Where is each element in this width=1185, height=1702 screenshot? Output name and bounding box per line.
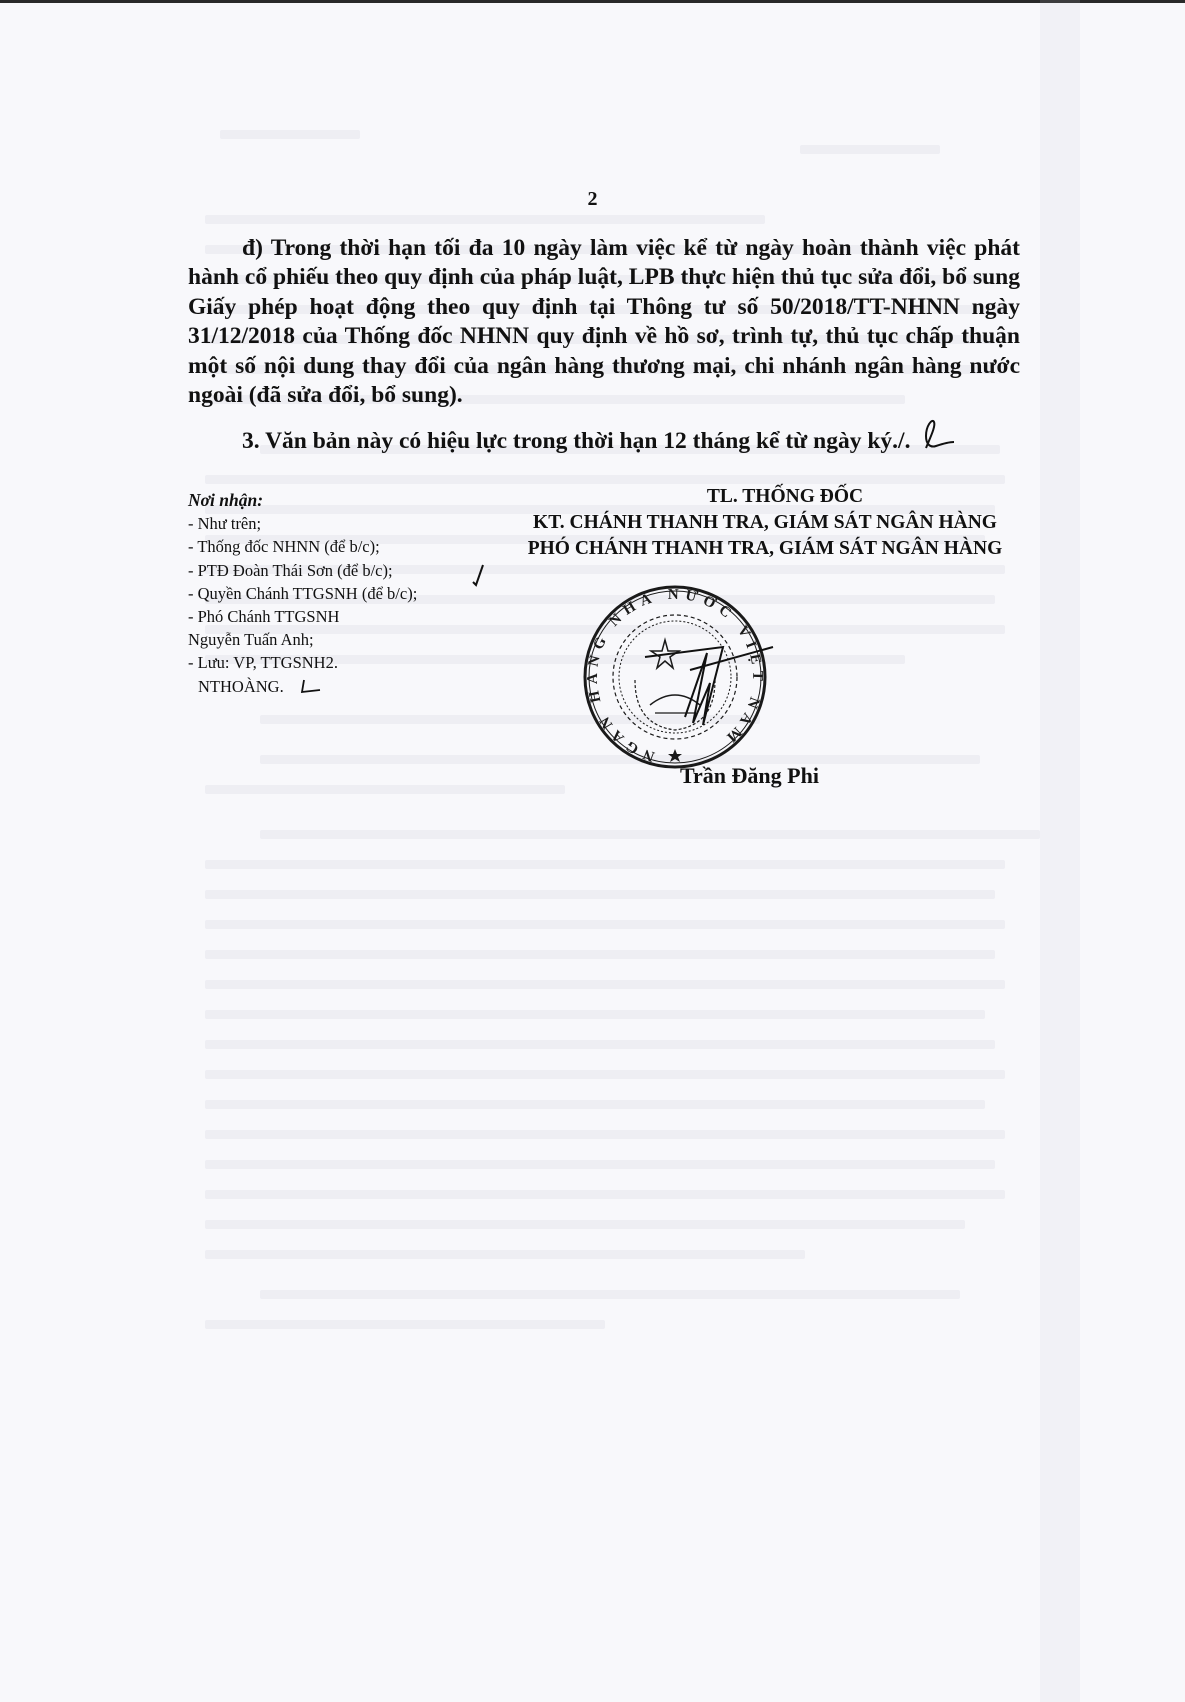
body-text: đ) Trong thời hạn tối đa 10 ngày làm việ…	[188, 234, 1020, 457]
signer-authority-line: TL. THỐNG ĐỐC	[490, 484, 1040, 510]
signer-name: Trần Đăng Phi	[680, 763, 819, 789]
recipient-item-text: NTHOÀNG.	[198, 677, 284, 696]
clause-3-paragraph: 3. Văn bản này có hiệu lực trong thời hạ…	[188, 418, 1020, 456]
recipient-item: - Như trên;	[188, 512, 417, 535]
recipient-item: - Phó Chánh TTGSNH	[188, 605, 417, 628]
recipient-item: Nguyễn Tuấn Anh;	[188, 628, 417, 651]
signature-block: TL. THỐNG ĐỐC KT. CHÁNH THANH TRA, GIÁM …	[490, 484, 1040, 562]
initial-mark-icon	[298, 678, 324, 696]
clause-d-paragraph: đ) Trong thời hạn tối đa 10 ngày làm việ…	[188, 234, 1020, 410]
recipient-item: - Lưu: VP, TTGSNH2.	[188, 651, 417, 674]
recipients-list: Nơi nhận: - Như trên; - Thống đốc NHNN (…	[188, 489, 417, 698]
signer-authority-line: KT. CHÁNH THANH TRA, GIÁM SÁT NGÂN HÀNG	[490, 510, 1040, 536]
recipient-item: - Quyền Chánh TTGSNH (để b/c);	[188, 582, 417, 605]
document-page: 2 đ) Trong thời hạn tối đa 10 ngày làm v…	[0, 0, 1185, 1702]
page-number: 2	[0, 188, 1185, 211]
recipients-title: Nơi nhận:	[188, 489, 417, 512]
official-seal-icon: NGÂN HÀNG NHÀ NƯỚC VIỆT NAM	[575, 585, 775, 770]
check-mark-icon	[470, 563, 486, 589]
signer-position-line: PHÓ CHÁNH THANH TRA, GIÁM SÁT NGÂN HÀNG	[490, 536, 1040, 562]
clause-3-text: 3. Văn bản này có hiệu lực trong thời hạ…	[242, 428, 910, 454]
recipient-item: - Thống đốc NHNN (để b/c);	[188, 535, 417, 558]
recipient-item: - PTĐ Đoàn Thái Sơn (để b/c);	[188, 559, 417, 582]
recipient-item: NTHOÀNG.	[188, 675, 417, 698]
initial-mark-icon	[912, 418, 956, 452]
